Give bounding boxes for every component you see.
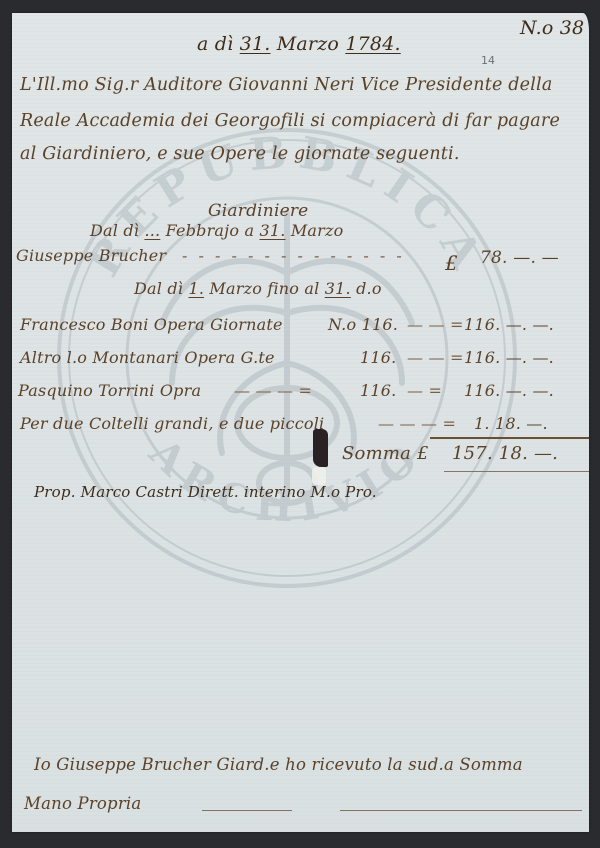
- period-to-month: Marzo: [291, 221, 344, 240]
- period-line: Dal dì ... Febbrajo a 31. Marzo: [90, 221, 343, 240]
- worker-days: N.o 116.: [328, 315, 398, 334]
- worker-equals: — — =: [407, 348, 464, 367]
- worker-name: Pasquino Torrini Opra: [18, 381, 201, 400]
- subperiod-month: Marzo fino al: [209, 279, 319, 298]
- signature-rule-short: [202, 810, 292, 811]
- receipt-line-2: Mano Propria: [24, 794, 141, 813]
- manuscript-page: REPUBBLICA ARCHIVIO N.o 38 a dì 31. Marz…: [12, 13, 589, 832]
- date-year: 1784.: [345, 33, 400, 55]
- worker-equals-pre: — — — =: [234, 381, 312, 400]
- subperiod-from: 1.: [188, 279, 204, 298]
- worker-equals: — =: [407, 381, 442, 400]
- gardener-leader-dashes: - - - - - - - - - - - - - -: [182, 246, 405, 265]
- proposal-line: Prop. Marco Castri Dirett. interino M.o …: [34, 483, 377, 501]
- paper-hole-damage: [313, 429, 328, 467]
- worker-equals: — — =: [407, 315, 464, 334]
- worker-amount: 116. —. —.: [464, 315, 554, 334]
- worker-amount: 116. —. —.: [464, 381, 554, 400]
- body-line-2: Reale Accademia dei Georgofili si compia…: [20, 111, 560, 131]
- period-to: 31.: [260, 221, 286, 240]
- worker-name: Per due Coltelli grandi, e due piccoli: [20, 414, 324, 433]
- period-from-month: Febbrajo: [166, 221, 240, 240]
- subperiod-prefix: Dal dì: [134, 279, 183, 298]
- date-day: 31.: [240, 33, 271, 55]
- worker-name: Altro l.o Montanari Opera G.te: [20, 348, 275, 367]
- section-title-giardiniere: Giardiniere: [208, 201, 308, 221]
- subperiod-line: Dal dì 1. Marzo fino al 31. d.o: [134, 279, 382, 298]
- body-line-3: al Giardiniero, e sue Opere le giornate …: [20, 144, 460, 164]
- date-prefix: a dì: [197, 33, 233, 55]
- date-month: Marzo: [277, 33, 339, 55]
- pencil-folio-number: 14: [481, 54, 495, 67]
- gardener-currency: £: [445, 251, 458, 275]
- total-top-rule: [430, 437, 589, 439]
- signature-rule-long: [340, 810, 582, 811]
- period-mid: a: [244, 221, 254, 240]
- worker-equals: — — — =: [378, 414, 456, 433]
- gardener-amount: 78. —. —: [480, 248, 559, 268]
- total-amount: 157. 18. —.: [452, 443, 558, 464]
- worker-days: 116.: [360, 381, 396, 400]
- worker-name: Francesco Boni Opera Giornate: [20, 315, 283, 334]
- gardener-name: Giuseppe Brucher: [16, 246, 166, 265]
- archive-number: N.o 38: [520, 17, 584, 39]
- date-line: a dì 31. Marzo 1784.: [197, 33, 401, 55]
- period-prefix: Dal dì: [90, 221, 139, 240]
- receipt-line-1: Io Giuseppe Brucher Giard.e ho ricevuto …: [34, 755, 523, 774]
- period-from: ...: [144, 221, 160, 240]
- worker-days: 116.: [360, 348, 396, 367]
- total-label: Somma £: [342, 443, 429, 464]
- body-line-1: L'Ill.mo Sig.r Auditore Giovanni Neri Vi…: [20, 75, 552, 95]
- total-bottom-rule: [444, 471, 589, 472]
- subperiod-to: 31.: [325, 279, 351, 298]
- subperiod-suffix: d.o: [356, 279, 382, 298]
- worker-amount: 1. 18. —.: [474, 414, 548, 433]
- worker-amount: 116. —. —.: [464, 348, 554, 367]
